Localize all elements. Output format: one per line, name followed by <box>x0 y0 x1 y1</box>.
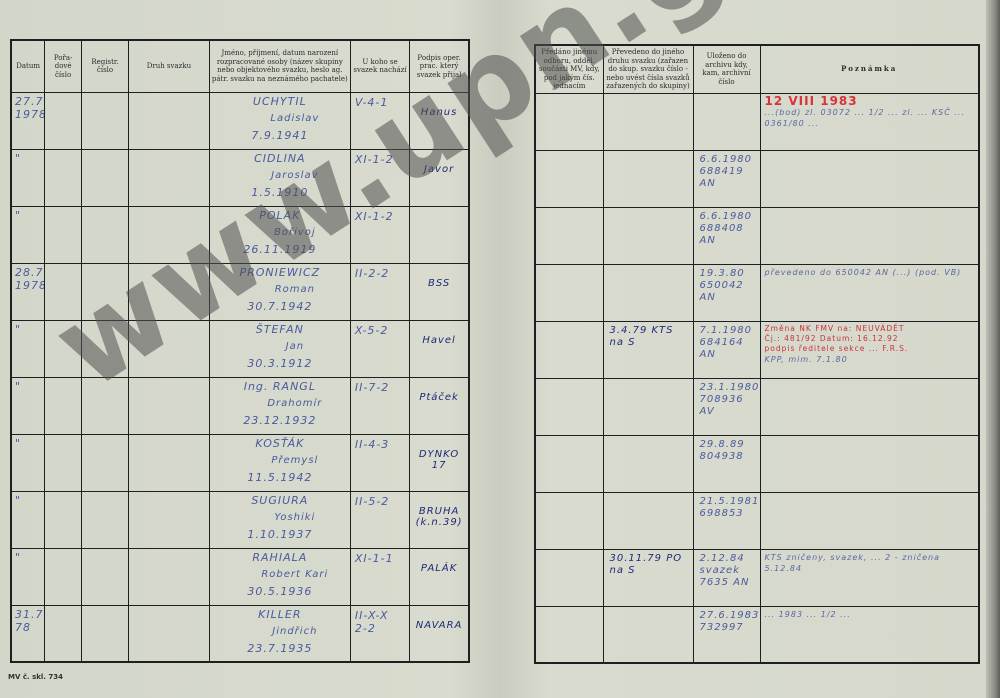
field-born: 30.3.1912 <box>210 355 350 372</box>
field-converted <box>604 208 693 214</box>
field-signature: DYNKO 17 <box>410 435 468 471</box>
cell-seq: A <box>45 92 82 149</box>
field-note: KPP, mim. 7.1.80 <box>765 354 975 365</box>
field-born: 30.7.1942 <box>210 298 350 315</box>
cell-converted <box>603 378 693 435</box>
field-date: 27.7. 1978 <box>12 93 44 123</box>
table-row: 12 VIII 1983...(bod) zl. 03072 ... 1/2 .… <box>535 93 979 150</box>
field-signature: BRUHA (k.n.39) <box>410 492 468 528</box>
field-signature: BSS <box>410 264 468 289</box>
field-archive <box>694 94 760 100</box>
field-surname: SUGIURA <box>210 492 350 509</box>
header-location: U koho se svazek nachází <box>350 40 409 92</box>
cell-type: AMERICAN <box>129 149 210 206</box>
field-note: KTS zničeny, svazek, ... 2 - zničena 5.1… <box>765 552 975 574</box>
field-handed <box>536 379 603 385</box>
cell-date: " <box>11 491 45 548</box>
field-first: Yoshiki <box>210 509 350 526</box>
field-surname: Ing. RANGL <box>210 378 350 395</box>
field-note: převedeno do 650042 AN (...) (pod. VB) <box>765 267 975 278</box>
table-row: 30.11.79 PO na S 2.12.84 svazek 7635 AN … <box>535 549 979 606</box>
cell-note: ... 1983 ... 1/2 ... <box>760 606 979 663</box>
table-row: 28.7. 1978 PO 15374 KŠEFTAŘ PRONIEWICZRo… <box>11 263 469 320</box>
cell-type: MARINO <box>129 491 210 548</box>
cell-seq: PO <box>45 263 82 320</box>
field-first: Jaroslav <box>210 167 350 184</box>
cell-reg: 15374 <box>82 263 129 320</box>
field-signature: NAVARA <box>410 606 468 631</box>
cell-type: JUVENTUS <box>129 548 210 605</box>
cell-archived: 6.6.1980 688419 AN <box>693 150 760 207</box>
field-first: Robert Kari <box>210 566 350 583</box>
cell-note <box>760 378 979 435</box>
field-date: " <box>12 321 44 338</box>
cell-archived: 19.3.80 650042 AN <box>693 264 760 321</box>
field-first: Přemysl <box>210 452 350 469</box>
header-date: Datum <box>11 40 45 92</box>
cell-date: 28.7. 1978 <box>11 263 45 320</box>
field-note: ... 1983 ... 1/2 ... <box>765 609 975 620</box>
cell-type: BARMA <box>129 377 210 434</box>
header-seq: Pořa-dové číslo <box>45 40 82 92</box>
cell-archived: 23.1.1980 708936 AV <box>693 378 760 435</box>
table-row: " PO 15373 KAMAĎAN POLAKBořivoj26.11.191… <box>11 206 469 263</box>
cell-seq: PO <box>45 605 82 662</box>
cell-converted <box>603 207 693 264</box>
page-edge <box>986 0 1000 698</box>
field-handed <box>536 208 603 214</box>
field-location: V-4-1 <box>351 93 409 112</box>
cell-person: PRONIEWICZRoman30.7.1942 <box>209 263 350 320</box>
red-stamp: Změna NK FMV na: NEUVÁDĚTČj.: 481/92 Dat… <box>765 324 975 354</box>
cell-reg: 15378 <box>82 491 129 548</box>
cell-person: Ing. RANGLDrahomír23.12.1932 <box>209 377 350 434</box>
cell-note <box>760 207 979 264</box>
field-date: " <box>12 435 44 452</box>
field-date: 31.7. 78 <box>12 606 44 636</box>
field-first: Ladislav <box>210 110 350 127</box>
cell-person: UCHYTILLadislav7.9.1941 <box>209 92 350 149</box>
cell-signature: Ptáček <box>410 377 469 434</box>
field-note: ...(bod) zl. 03072 ... 1/2 ... zl. ... K… <box>765 107 975 129</box>
cell-location: XI-1-2 <box>350 206 409 263</box>
table-row: " S / N 15379 JUVENTUS RAHIALARobert Kar… <box>11 548 469 605</box>
cell-archived: 2.12.84 svazek 7635 AN <box>693 549 760 606</box>
field-location: II-5-2 <box>351 492 409 511</box>
cell-person: KILLERJindřich23.7.1935 <box>209 605 350 662</box>
cell-date: 31.7. 78 <box>11 605 45 662</box>
cell-date: " <box>11 548 45 605</box>
field-first: Roman <box>210 281 350 298</box>
cell-signature: PALÁK <box>410 548 469 605</box>
cell-seq: S / KTS <box>45 320 82 377</box>
field-date: " <box>12 492 44 509</box>
field-born: 1.10.1937 <box>210 526 350 543</box>
field-archive: 23.1.1980 708936 AV <box>694 379 760 421</box>
field-archive: 6.6.1980 688419 AN <box>694 151 760 193</box>
header-row: Datum Pořa-dové číslo Registr. číslo Dru… <box>11 40 469 92</box>
header-type: Druh svazku <box>129 40 210 92</box>
header-archived: Uloženo do archivu kdy, kam, archivní čí… <box>693 45 760 93</box>
header-row: Předáno jinému odboru, odděl. součásti M… <box>535 45 979 93</box>
cell-location: XI-1-2 <box>350 149 409 206</box>
table-row: 31.7. 78 PO 15380 JINDRA KILLERJindřich2… <box>11 605 469 662</box>
cell-reg: 15379 <box>82 548 129 605</box>
field-handed <box>536 436 603 442</box>
header-note: Poznámka <box>760 45 979 93</box>
field-date: " <box>12 549 44 566</box>
cell-archived: 29.8.89 804938 <box>693 435 760 492</box>
cell-reg: 15375 <box>82 320 129 377</box>
cell-reg: 15371 <box>82 92 129 149</box>
cell-reg: 15376 <box>82 377 129 434</box>
cell-location: II-5-2 <box>350 491 409 548</box>
cell-signature: BRUHA (k.n.39) <box>410 491 469 548</box>
cell-converted <box>603 606 693 663</box>
field-converted <box>604 265 693 271</box>
field-archive: 21.5.1981 698853 <box>694 493 760 523</box>
field-surname: UCHYTIL <box>210 93 350 110</box>
field-handed <box>536 493 603 499</box>
cell-seq: D <box>45 434 82 491</box>
field-location: XI-1-1 <box>351 549 409 568</box>
cell-type: KŠEFTAŘ <box>129 263 210 320</box>
cell-type: PEDAGOG <box>129 434 210 491</box>
register-table-left: Datum Pořa-dové číslo Registr. číslo Dru… <box>10 39 470 663</box>
cell-signature: NAVARA <box>410 605 469 662</box>
cell-converted: 3.4.79 KTS na S <box>603 321 693 378</box>
table-row: " S / KTS 15375 ARNOŠT ŠTEFANJan30.3.191… <box>11 320 469 377</box>
cell-archived: 27.6.1983 732997 <box>693 606 760 663</box>
field-archive: 6.6.1980 688408 AN <box>694 208 760 250</box>
cell-seq: PO <box>45 206 82 263</box>
field-first: Bořivoj <box>210 224 350 241</box>
field-surname: KILLER <box>210 606 350 623</box>
cell-signature: Javor <box>410 149 469 206</box>
cell-converted <box>603 435 693 492</box>
cell-handed-over <box>535 207 603 264</box>
field-converted: 3.4.79 KTS na S <box>604 322 693 352</box>
field-born: 26.11.1919 <box>210 241 350 258</box>
field-converted <box>604 607 693 613</box>
table-row: " KT 15376 BARMA Ing. RANGLDrahomír23.12… <box>11 377 469 434</box>
cell-reg: 15373 <box>82 206 129 263</box>
field-archive: 2.12.84 svazek 7635 AN <box>694 550 760 592</box>
header-signature: Podpis oper. prac. který svazek přijal <box>410 40 469 92</box>
field-handed <box>536 607 603 613</box>
cell-signature <box>410 206 469 263</box>
field-converted <box>604 379 693 385</box>
field-stamp: 12 VIII 1983 <box>765 96 975 107</box>
cell-note: převedeno do 650042 AN (...) (pod. VB) <box>760 264 979 321</box>
cell-converted <box>603 93 693 150</box>
form-number: MV č. skl. 734 <box>8 673 63 681</box>
cell-archived: 7.1.1980 684164 AN <box>693 321 760 378</box>
field-first: Jindřich <box>210 623 350 640</box>
cell-reg: 15372 <box>82 149 129 206</box>
table-row: " PO 15378 MARINO SUGIURAYoshiki1.10.193… <box>11 491 469 548</box>
field-surname: ŠTEFAN <box>210 321 350 338</box>
cell-seq: PO <box>45 149 82 206</box>
cell-location: V-4-1 <box>350 92 409 149</box>
field-signature: Javor <box>410 150 468 175</box>
field-location: II-4-3 <box>351 435 409 454</box>
cell-handed-over <box>535 264 603 321</box>
table-row: 23.1.1980 708936 AV <box>535 378 979 435</box>
cell-signature: Hanus <box>410 92 469 149</box>
cell-seq: KT <box>45 377 82 434</box>
cell-date: " <box>11 206 45 263</box>
table-row: " D 15377 PEDAGOG KOSŤÁKPřemysl11.5.1942… <box>11 434 469 491</box>
cell-handed-over <box>535 150 603 207</box>
field-date: " <box>12 378 44 395</box>
field-archive: 7.1.1980 684164 AN <box>694 322 760 364</box>
field-location: II-X-X 2-2 <box>351 606 409 638</box>
field-location: XI-1-2 <box>351 207 409 226</box>
field-born: 23.12.1932 <box>210 412 350 429</box>
cell-location: II-4-3 <box>350 434 409 491</box>
cell-note: 12 VIII 1983...(bod) zl. 03072 ... 1/2 .… <box>760 93 979 150</box>
field-handed <box>536 151 603 157</box>
field-born: 30.5.1936 <box>210 583 350 600</box>
stamp-line: Změna NK FMV na: NEUVÁDĚT <box>765 324 975 334</box>
cell-location: II-X-X 2-2 <box>350 605 409 662</box>
field-surname: POLAK <box>210 207 350 224</box>
table-row: 3.4.79 KTS na S 7.1.1980 684164 AN Změna… <box>535 321 979 378</box>
field-born: 7.9.1941 <box>210 127 350 144</box>
cell-location: II-2-2 <box>350 263 409 320</box>
header-handed-over: Předáno jinému odboru, odděl. součásti M… <box>535 45 603 93</box>
cell-location: XI-1-1 <box>350 548 409 605</box>
field-converted: 30.11.79 PO na S <box>604 550 693 580</box>
cell-seq: PO <box>45 491 82 548</box>
cell-note <box>760 150 979 207</box>
cell-converted: 30.11.79 PO na S <box>603 549 693 606</box>
cell-date: " <box>11 320 45 377</box>
cell-note <box>760 435 979 492</box>
cell-converted <box>603 264 693 321</box>
table-row: 21.5.1981 698853 <box>535 492 979 549</box>
cell-signature: Havel <box>410 320 469 377</box>
cell-type: JINDRA <box>129 605 210 662</box>
cell-archived: 21.5.1981 698853 <box>693 492 760 549</box>
field-date: 28.7. 1978 <box>12 264 44 294</box>
field-signature: PALÁK <box>410 549 468 574</box>
field-signature <box>410 207 468 221</box>
register-table-right: Předáno jinému odboru, odděl. součásti M… <box>534 44 980 664</box>
field-handed <box>536 94 603 100</box>
cell-handed-over <box>535 435 603 492</box>
cell-person: SUGIURAYoshiki1.10.1937 <box>209 491 350 548</box>
cell-person: ŠTEFANJan30.3.1912 <box>209 320 350 377</box>
cell-note: Změna NK FMV na: NEUVÁDĚTČj.: 481/92 Dat… <box>760 321 979 378</box>
header-converted: Převedeno do jiného druhu svazku (zařaze… <box>603 45 693 93</box>
field-first: Jan <box>210 338 350 355</box>
field-archive: 29.8.89 804938 <box>694 436 760 466</box>
cell-converted <box>603 492 693 549</box>
cell-type: LAĎA <box>129 92 210 149</box>
field-archive: 27.6.1983 732997 <box>694 607 760 637</box>
table-row: 6.6.1980 688419 AN <box>535 150 979 207</box>
table-row: 19.3.80 650042 AN převedeno do 650042 AN… <box>535 264 979 321</box>
cell-person: POLAKBořivoj26.11.1919 <box>209 206 350 263</box>
field-handed <box>536 265 603 271</box>
field-converted <box>604 493 693 499</box>
cell-handed-over <box>535 549 603 606</box>
field-converted <box>604 436 693 442</box>
field-surname: KOSŤÁK <box>210 435 350 452</box>
field-location: II-7-2 <box>351 378 409 397</box>
field-surname: PRONIEWICZ <box>210 264 350 281</box>
field-handed <box>536 322 603 328</box>
stamp-line: podpis ředitele sekce ... F.R.S. <box>765 344 975 354</box>
cell-handed-over <box>535 321 603 378</box>
field-signature: Ptáček <box>410 378 468 403</box>
header-reg: Registr. číslo <box>82 40 129 92</box>
header-person: Jméno, příjmení, datum narození rozpraco… <box>209 40 350 92</box>
cell-seq: S / N <box>45 548 82 605</box>
field-converted <box>604 151 693 157</box>
cell-location: II-7-2 <box>350 377 409 434</box>
cell-type: ARNOŠT <box>129 320 210 377</box>
cell-date: " <box>11 434 45 491</box>
field-converted <box>604 94 693 100</box>
cell-converted <box>603 150 693 207</box>
cell-signature: BSS <box>410 263 469 320</box>
cell-signature: DYNKO 17 <box>410 434 469 491</box>
field-handed <box>536 550 603 556</box>
field-first: Drahomír <box>210 395 350 412</box>
table-row: 6.6.1980 688408 AN <box>535 207 979 264</box>
stamp-line: Čj.: 481/92 Datum: 16.12.92 <box>765 334 975 344</box>
field-signature: Havel <box>410 321 468 346</box>
cell-handed-over <box>535 492 603 549</box>
field-date: " <box>12 150 44 167</box>
field-location: XI-1-2 <box>351 150 409 169</box>
cell-reg: 15377 <box>82 434 129 491</box>
field-born: 11.5.1942 <box>210 469 350 486</box>
cell-location: X-5-2 <box>350 320 409 377</box>
cell-note: KTS zničeny, svazek, ... 2 - zničena 5.1… <box>760 549 979 606</box>
cell-handed-over <box>535 93 603 150</box>
cell-handed-over <box>535 606 603 663</box>
table-row: 29.8.89 804938 <box>535 435 979 492</box>
cell-archived <box>693 93 760 150</box>
cell-reg: 15380 <box>82 605 129 662</box>
cell-note <box>760 492 979 549</box>
field-surname: CIDLINA <box>210 150 350 167</box>
table-row: 27.6.1983 732997 ... 1983 ... 1/2 ... <box>535 606 979 663</box>
field-archive: 19.3.80 650042 AN <box>694 265 760 307</box>
cell-date: 27.7. 1978 <box>11 92 45 149</box>
cell-date: " <box>11 149 45 206</box>
cell-person: KOSŤÁKPřemysl11.5.1942 <box>209 434 350 491</box>
cell-type: KAMAĎAN <box>129 206 210 263</box>
field-location: X-5-2 <box>351 321 409 340</box>
field-born: 23.7.1935 <box>210 640 350 657</box>
table-row: " PO 15372 AMERICAN CIDLINAJaroslav1.5.1… <box>11 149 469 206</box>
cell-archived: 6.6.1980 688408 AN <box>693 207 760 264</box>
field-born: 1.5.1910 <box>210 184 350 201</box>
cell-person: CIDLINAJaroslav1.5.1910 <box>209 149 350 206</box>
cell-person: RAHIALARobert Kari30.5.1936 <box>209 548 350 605</box>
table-row: 27.7. 1978 A 15371 LAĎA UCHYTILLadislav7… <box>11 92 469 149</box>
field-surname: RAHIALA <box>210 549 350 566</box>
field-date: " <box>12 207 44 224</box>
cell-handed-over <box>535 378 603 435</box>
field-signature: Hanus <box>410 93 468 118</box>
cell-date: " <box>11 377 45 434</box>
field-location: II-2-2 <box>351 264 409 283</box>
